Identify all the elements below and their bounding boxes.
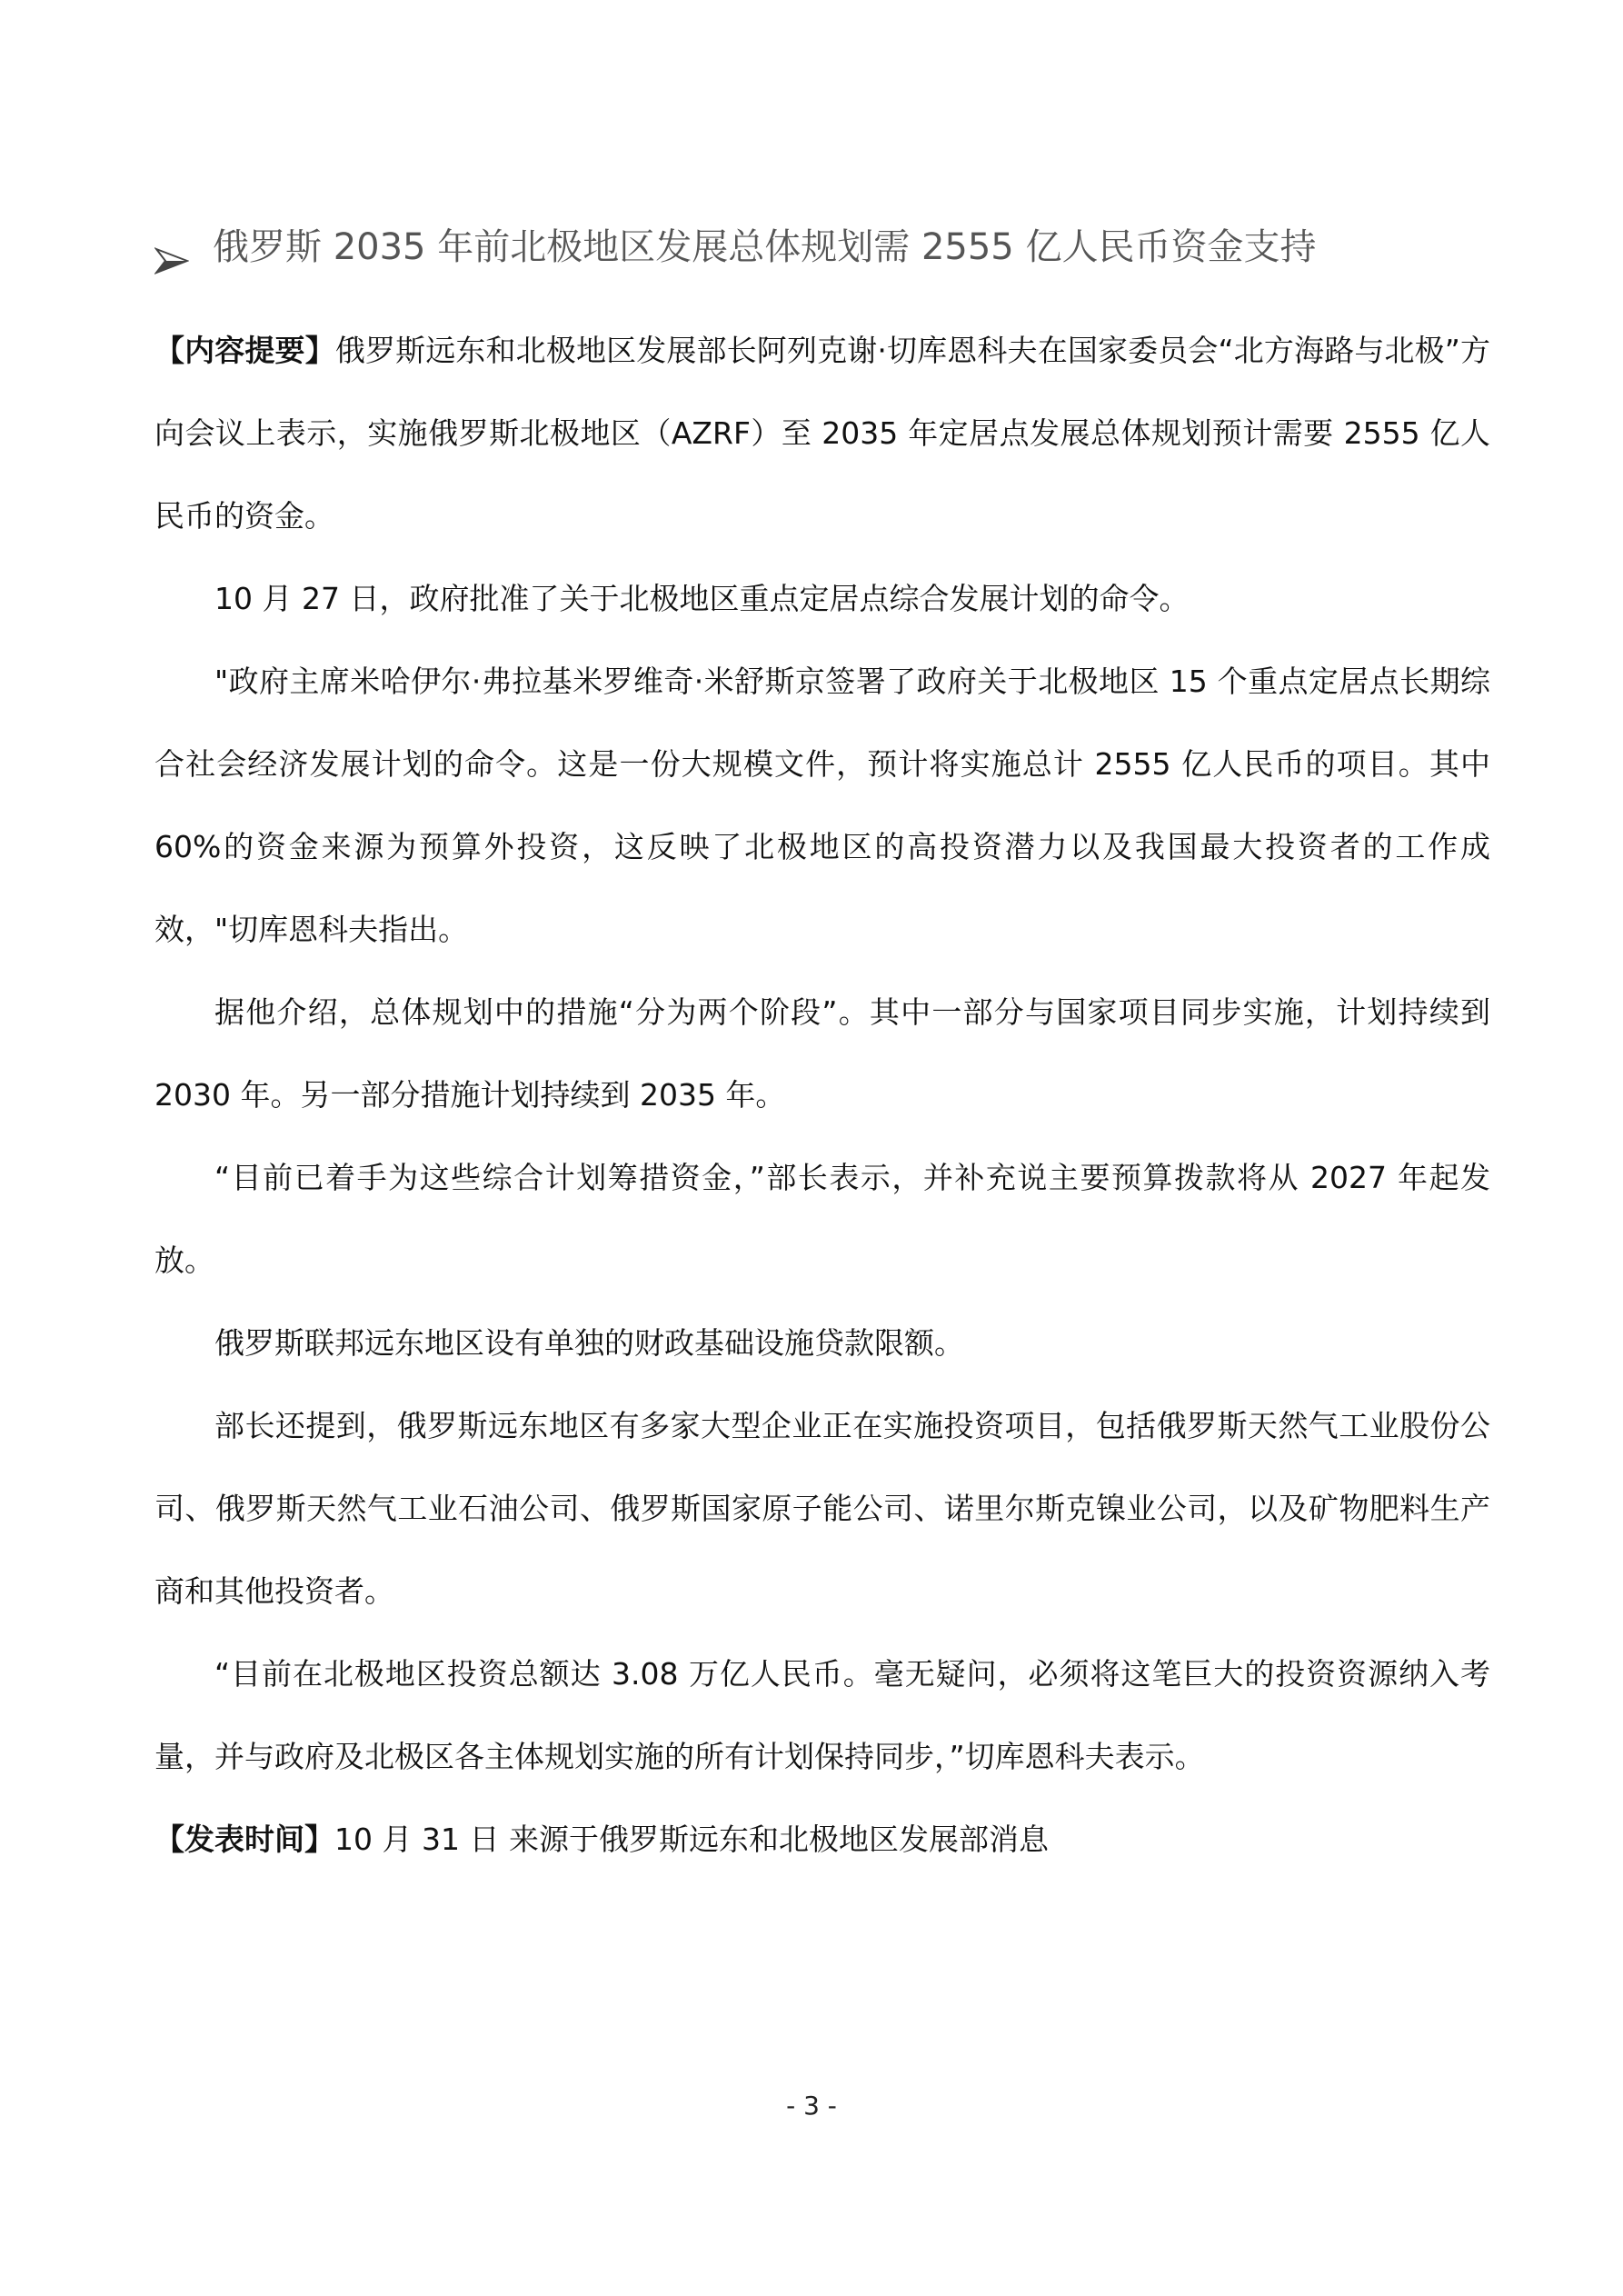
publication-info: 【发表时间】10 月 31 日 来源于俄罗斯远东和北极地区发展部消息 <box>154 1798 1490 1881</box>
body-paragraph: 10 月 27 日，政府批准了关于北极地区重点定居点综合发展计划的命令。 <box>154 557 1490 640</box>
article-body: 【内容提要】俄罗斯远东和北极地区发展部长阿列克谢·切库恩科夫在国家委员会“北方海… <box>154 309 1490 1881</box>
publication-text: 10 月 31 日 来源于俄罗斯远东和北极地区发展部消息 <box>334 1822 1049 1857</box>
summary-paragraph: 【内容提要】俄罗斯远东和北极地区发展部长阿列克谢·切库恩科夫在国家委员会“北方海… <box>154 309 1490 557</box>
summary-label: 【内容提要】 <box>154 333 335 368</box>
body-paragraph: 部长还提到，俄罗斯远东地区有多家大型企业正在实施投资项目，包括俄罗斯天然气工业股… <box>154 1384 1490 1632</box>
publication-label: 【发表时间】 <box>154 1822 334 1857</box>
body-paragraph: 俄罗斯联邦远东地区设有单独的财政基础设施贷款限额。 <box>154 1302 1490 1384</box>
arrowhead-bullet-icon <box>154 235 189 263</box>
title-text: 俄罗斯 2035 年前北极地区发展总体规划需 2555 亿人民币资金支持 <box>213 226 1316 268</box>
body-paragraph: “目前已着手为这些综合计划筹措资金，”部长表示，并补充说主要预算拨款将从 202… <box>154 1136 1490 1302</box>
article-title: 俄罗斯 2035 年前北极地区发展总体规划需 2555 亿人民币资金支持 <box>154 220 1518 275</box>
summary-text: 俄罗斯远东和北极地区发展部长阿列克谢·切库恩科夫在国家委员会“北方海路与北极”方… <box>154 333 1490 534</box>
page-number: - 3 - <box>0 2091 1623 2121</box>
body-paragraph: 据他介绍，总体规划中的措施“分为两个阶段”。其中一部分与国家项目同步实施，计划持… <box>154 971 1490 1136</box>
body-paragraph: “目前在北极地区投资总额达 3.08 万亿人民币。毫无疑问，必须将这笔巨大的投资… <box>154 1632 1490 1798</box>
body-paragraph: "政府主席米哈伊尔·弗拉基米罗维奇·米舒斯京签署了政府关于北极地区 15 个重点… <box>154 640 1490 971</box>
document-page: 俄罗斯 2035 年前北极地区发展总体规划需 2555 亿人民币资金支持 【内容… <box>0 0 1623 2296</box>
